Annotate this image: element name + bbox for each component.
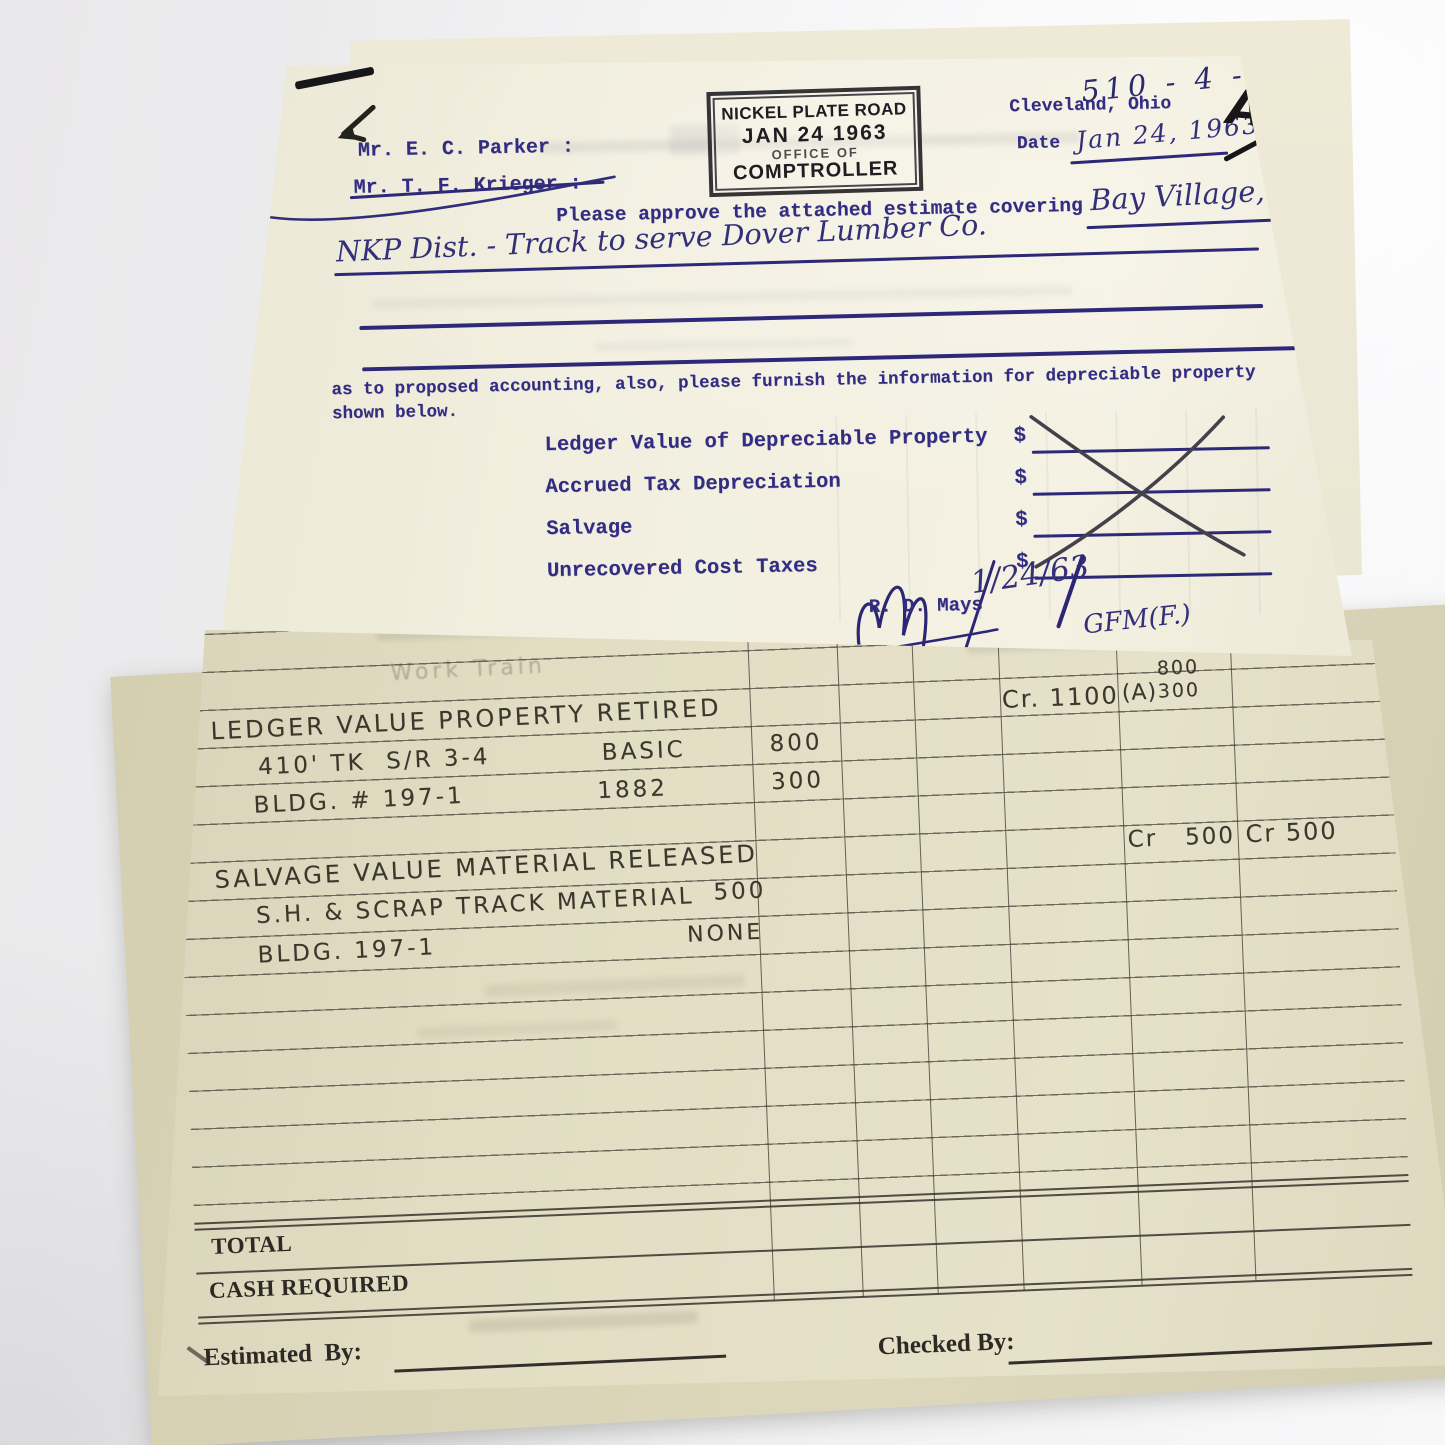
body-line-2: shown below. (332, 402, 458, 424)
ledger-item-amount: 300 (771, 767, 825, 795)
addressee-line-2: Mr. T. F. Krieger : (353, 172, 581, 199)
ledger-item-desc: S.H. & SCRAP TRACK MATERIAL (255, 883, 695, 929)
erased-pencil-smudge (468, 1311, 698, 1333)
erased-pencil-smudge (485, 974, 745, 996)
field-label: Salvage (546, 517, 633, 542)
ledger-section2-credit1: Cr 500 (1127, 823, 1235, 853)
ledger-item-col2: 1882 (597, 775, 669, 804)
total-label: TOTAL (211, 1231, 293, 1260)
ghost-entry: Work Train (390, 653, 547, 686)
ledger-item-amount: 800 (769, 729, 823, 757)
marker-dash (295, 67, 375, 90)
ledger-item-desc: BLDG. 197-1 (257, 934, 437, 968)
field-label: Accrued Tax Depreciation (545, 471, 841, 500)
field-underline (1033, 530, 1271, 538)
show-through-text (594, 338, 854, 351)
ledger-item-col2: BASIC (601, 737, 686, 766)
checked-by-line (1009, 1342, 1433, 1365)
blank-line (359, 304, 1263, 330)
double-rule (195, 1180, 1409, 1230)
ledger-ruled-lines (171, 586, 1408, 1206)
field-underline (1032, 446, 1270, 454)
show-through-text (373, 286, 1073, 308)
rule (196, 1224, 1410, 1274)
memo-paper: Mr. E. C. Parker : Mr. T. F. Krieger : N… (220, 38, 1360, 666)
ledger-item-desc: 410' TK S/R 3-4 (257, 744, 490, 781)
ledger-section1-credit: Cr. 1100 (1001, 681, 1119, 714)
estimated-by-label: Estimated By: (203, 1338, 362, 1372)
signature-date: 1/24/63 (968, 549, 1091, 601)
estimated-by-line (394, 1355, 726, 1373)
erased-pencil-smudge (417, 1020, 617, 1039)
signature-typed-name: R. D. Mays (869, 594, 983, 618)
city-line: Cleveland, Ohio (1009, 94, 1171, 117)
dollar-sign: $ (1013, 425, 1026, 448)
date-label: Date (1017, 133, 1061, 154)
signature-initials: GFM(F.) (1082, 599, 1193, 640)
ledger-section1-ref: (A) (1121, 680, 1157, 706)
ledger-item-amount: 500 (713, 877, 767, 905)
addressee-line-1: Mr. E. C. Parker : (358, 136, 574, 163)
covering-value: Bay Village, O (1089, 172, 1298, 217)
column-line (1227, 575, 1257, 1281)
dollar-sign: $ (1014, 467, 1027, 490)
ledger-section1-stack-top: 800 (1156, 656, 1199, 680)
double-rule (194, 1174, 1408, 1224)
field-underline (1033, 488, 1271, 496)
column-line (909, 587, 939, 1293)
ledger-paper: Work Train LEDGER VALUE PROPERTY RETIRED… (140, 600, 1445, 1445)
dollar-sign: $ (1015, 509, 1028, 532)
field-label: Unrecovered Cost Taxes (547, 555, 818, 583)
column-line (746, 594, 776, 1300)
ledger-item-desc: BLDG. # 197-1 (253, 783, 465, 819)
checked-by-label: Checked By: (877, 1328, 1015, 1361)
ledger-item-amount: NONE (687, 920, 764, 948)
column-line (834, 590, 864, 1296)
field-label: Ledger Value of Depreciable Property (544, 426, 987, 457)
comptroller-stamp: NICKEL PLATE ROAD JAN 24 1963 OFFICE OF … (706, 86, 923, 197)
approval-mark: A (1225, 79, 1267, 138)
covering-underline (1087, 217, 1319, 229)
cash-required-label: CASH REQUIRED (209, 1270, 410, 1304)
ledger-section1-stack-bottom: 300 (1157, 679, 1200, 703)
body-line-1: as to proposed accounting, also, please … (331, 363, 1255, 401)
ledger-section2-credit2: Cr 500 (1245, 817, 1338, 849)
